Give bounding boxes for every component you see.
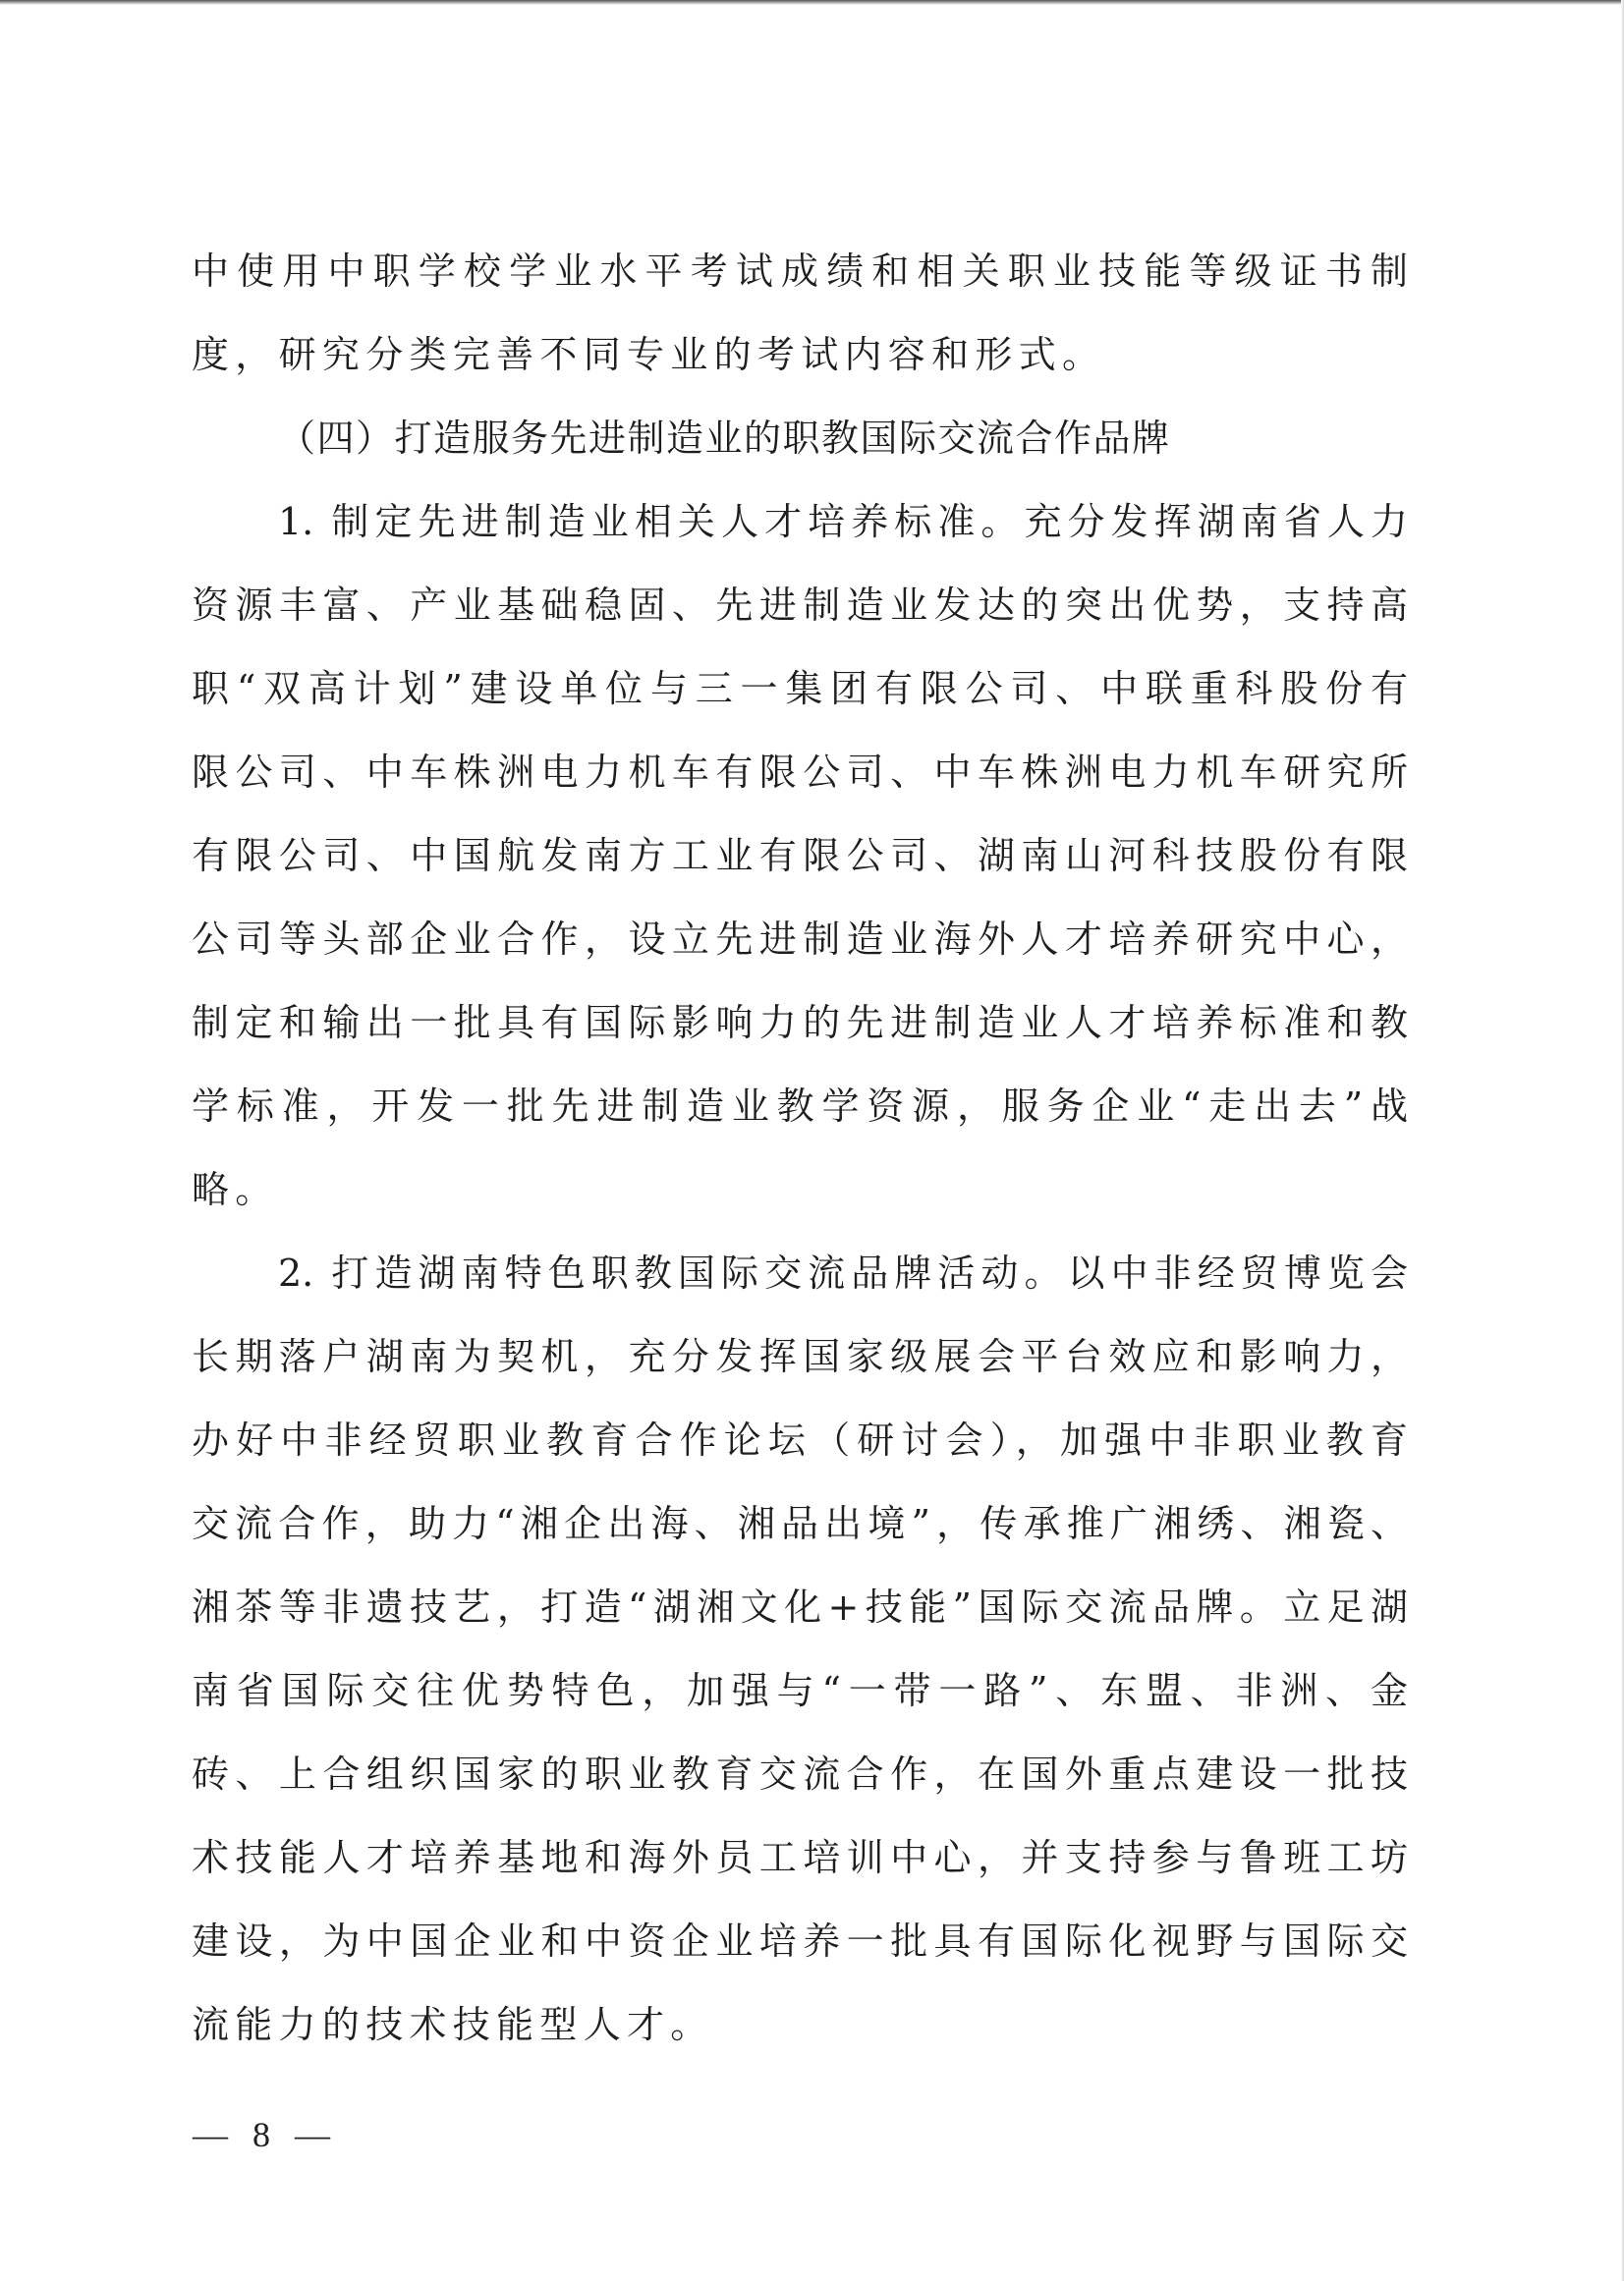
text-line-content: 中使用中职学校学业水平考试成绩和相关职业技能等级证书制: [192, 244, 1408, 327]
text-line-content: 有限公司、中国航发南方工业有限公司、湖南山河科技股份有限: [192, 828, 1408, 912]
text-line: 学标准，开发一批先进制造业教学资源，服务企业“走出去”战: [192, 1079, 1408, 1162]
text-line: 流能力的技术技能型人才。: [192, 1997, 1408, 2081]
section-heading: （四）打造服务先进制造业的职教国际交流合作品牌: [192, 411, 1408, 494]
text-line-content: 交流合作，助力“湘企出海、湘品出境”，传承推广湘绣、湘瓷、: [192, 1496, 1408, 1580]
text-line-content: 建设，为中国企业和中资企业培养一批具有国际化视野与国际交: [192, 1914, 1408, 1997]
text-line: 建设，为中国企业和中资企业培养一批具有国际化视野与国际交: [192, 1914, 1408, 1997]
text-line: 有限公司、中国航发南方工业有限公司、湖南山河科技股份有限: [192, 828, 1408, 912]
text-line: 度，研究分类完善不同专业的考试内容和形式。: [192, 327, 1408, 411]
text-line: 略。: [192, 1162, 1408, 1246]
text-line: 术技能人才培养基地和海外员工培训中心，并支持参与鲁班工坊: [192, 1830, 1408, 1914]
paragraph-item-1: 1. 制定先进制造业相关人才培养标准。充分发挥湖南省人力 资源丰富、产业基础稳固…: [192, 494, 1408, 1246]
text-line: 交流合作，助力“湘企出海、湘品出境”，传承推广湘绣、湘瓷、: [192, 1496, 1408, 1580]
text-line-content: 职“双高计划”建设单位与三一集团有限公司、中联重科股份有: [192, 661, 1408, 745]
text-line: 制定和输出一批具有国际影响力的先进制造业人才培养标准和教: [192, 995, 1408, 1079]
text-line-content: 2. 打造湖南特色职教国际交流品牌活动。以中非经贸博览会: [278, 1246, 1408, 1329]
heading-line: （四）打造服务先进制造业的职教国际交流合作品牌: [192, 411, 1408, 494]
text-line-content: 1. 制定先进制造业相关人才培养标准。充分发挥湖南省人力: [278, 494, 1408, 578]
text-line-content: 公司等头部企业合作，设立先进制造业海外人才培养研究中心，: [192, 912, 1408, 995]
scan-edge-top: [0, 0, 1624, 5]
text-line-content: 术技能人才培养基地和海外员工培训中心，并支持参与鲁班工坊: [192, 1830, 1408, 1914]
text-line-content: 长期落户湖南为契机，充分发挥国家级展会平台效应和影响力，: [192, 1329, 1408, 1413]
section-heading-text: （四）打造服务先进制造业的职教国际交流合作品牌: [278, 411, 1408, 494]
text-line-content: 学标准，开发一批先进制造业教学资源，服务企业“走出去”战: [192, 1079, 1408, 1162]
text-line: 职“双高计划”建设单位与三一集团有限公司、中联重科股份有: [192, 661, 1408, 745]
text-line-content: 湘茶等非遗技艺，打造“湖湘文化+技能”国际交流品牌。立足湖: [192, 1580, 1408, 1663]
text-line: 南省国际交往优势特色，加强与“一带一路”、东盟、非洲、金: [192, 1663, 1408, 1747]
text-line-content: 砖、上合组织国家的职业教育交流合作，在国外重点建设一批技: [192, 1747, 1408, 1830]
text-line: 公司等头部企业合作，设立先进制造业海外人才培养研究中心，: [192, 912, 1408, 995]
paragraph-item-2: 2. 打造湖南特色职教国际交流品牌活动。以中非经贸博览会 长期落户湖南为契机，充…: [192, 1246, 1408, 2081]
text-line: 限公司、中车株洲电力机车有限公司、中车株洲电力机车研究所: [192, 745, 1408, 828]
text-line-content: 度，研究分类完善不同专业的考试内容和形式。: [192, 327, 1408, 411]
text-line-content: 流能力的技术技能型人才。: [192, 1997, 1408, 2081]
text-line-content: 南省国际交往优势特色，加强与“一带一路”、东盟、非洲、金: [192, 1663, 1408, 1747]
text-line: 1. 制定先进制造业相关人才培养标准。充分发挥湖南省人力: [192, 494, 1408, 578]
text-line-content: 资源丰富、产业基础稳固、先进制造业发达的突出优势，支持高: [192, 578, 1408, 661]
text-line: 长期落户湖南为契机，充分发挥国家级展会平台效应和影响力，: [192, 1329, 1408, 1413]
text-line-content: 办好中非经贸职业教育合作论坛（研讨会），加强中非职业教育: [192, 1413, 1408, 1496]
text-line: 2. 打造湖南特色职教国际交流品牌活动。以中非经贸博览会: [192, 1246, 1408, 1329]
text-line-content: 制定和输出一批具有国际影响力的先进制造业人才培养标准和教: [192, 995, 1408, 1079]
paragraph-continuation: 中使用中职学校学业水平考试成绩和相关职业技能等级证书制 度，研究分类完善不同专业…: [192, 244, 1408, 411]
text-line-content: 略。: [192, 1162, 1408, 1246]
text-line: 湘茶等非遗技艺，打造“湖湘文化+技能”国际交流品牌。立足湖: [192, 1580, 1408, 1663]
text-line: 资源丰富、产业基础稳固、先进制造业发达的突出优势，支持高: [192, 578, 1408, 661]
text-line-content: 限公司、中车株洲电力机车有限公司、中车株洲电力机车研究所: [192, 745, 1408, 828]
text-line: 砖、上合组织国家的职业教育交流合作，在国外重点建设一批技: [192, 1747, 1408, 1830]
page-body: 中使用中职学校学业水平考试成绩和相关职业技能等级证书制 度，研究分类完善不同专业…: [192, 244, 1408, 2081]
text-line: 中使用中职学校学业水平考试成绩和相关职业技能等级证书制: [192, 244, 1408, 327]
text-line: 办好中非经贸职业教育合作论坛（研讨会），加强中非职业教育: [192, 1413, 1408, 1496]
page-number: — 8 —: [193, 2114, 338, 2155]
